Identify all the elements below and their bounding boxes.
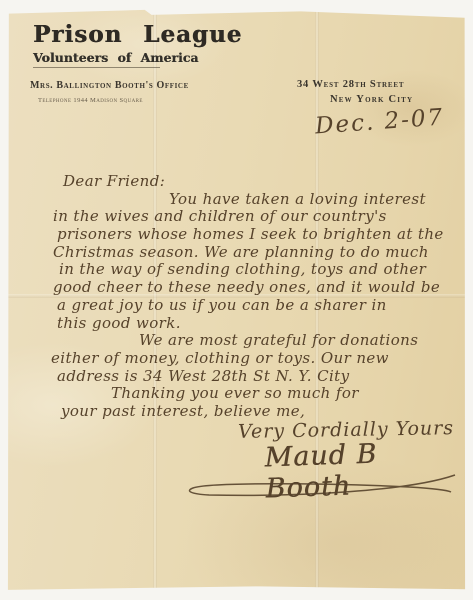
- signature-flourish: [179, 471, 461, 503]
- city-line: New York City: [330, 94, 413, 105]
- body-line: Christmas season. We are planning to do …: [53, 244, 461, 262]
- body-line: Thanking you ever so much for: [111, 385, 461, 403]
- org-name: Prison League: [33, 21, 242, 48]
- letter-body: Dear Friend: You have taken a loving int…: [47, 173, 461, 421]
- body-line: prisoners whose homes I seek to brighten…: [57, 226, 461, 244]
- body-line: a great joy to us if you can be a sharer…: [57, 297, 461, 315]
- telephone-line: Telephone 1944 Madison Square: [38, 97, 143, 104]
- office-line: Mrs. Ballington Booth's Office: [30, 80, 189, 91]
- body-line: You have taken a loving interest: [169, 191, 461, 209]
- body-line: good cheer to these needy ones, and it w…: [53, 279, 461, 297]
- body-line: either of money, clothing or toys. Our n…: [51, 350, 461, 368]
- salutation: Dear Friend:: [63, 173, 461, 191]
- scanned-letter: Prison League Volunteers of America Mrs.…: [0, 0, 473, 600]
- date-handwritten: Dec. 2-07: [314, 105, 445, 140]
- org-subtitle: Volunteers of America: [33, 50, 198, 65]
- body-line: We are most grateful for donations: [139, 332, 461, 350]
- letterhead-rule: [33, 67, 160, 68]
- letter-paper: Prison League Volunteers of America Mrs.…: [7, 9, 466, 591]
- body-line: in the way of sending clothing, toys and…: [59, 261, 461, 279]
- body-line: in the wives and children of our country…: [53, 208, 461, 226]
- street-address: 34 West 28th Street: [297, 79, 404, 90]
- body-line: address is 34 West 28th St N. Y. City: [57, 368, 461, 386]
- body-line: this good work.: [57, 315, 461, 333]
